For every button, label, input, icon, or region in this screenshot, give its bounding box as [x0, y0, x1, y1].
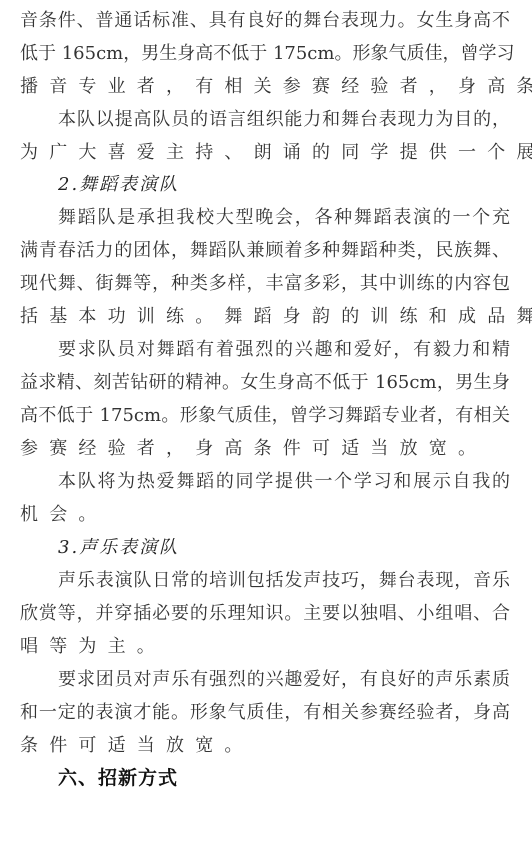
paragraph-line: 音条件、普通话标准、具有良好的舞台表现力。女生身高不 [20, 4, 510, 37]
paragraph-line: 本队以提高队员的语言组织能力和舞台表现力为目的， [58, 103, 510, 136]
paragraph-line: 括基本功训练。舞蹈身韵的训练和成品舞的学习等。 [20, 300, 510, 333]
section-heading-dance: 2.舞蹈表演队 [58, 168, 510, 201]
paragraph-line: 声乐表演队日常的培训包括发声技巧，舞台表现，音乐 [58, 564, 510, 597]
paragraph-line: 要求队员对舞蹈有着强烈的兴趣和爱好，有毅力和精 [58, 333, 510, 366]
paragraph-line: 机会。 [20, 498, 510, 531]
paragraph-line: 低于 165cm，男生身高不低于 175cm。形象气质佳，曾学习 [20, 37, 510, 70]
section-heading-recruitment: 六、招新方式 [58, 762, 510, 795]
paragraph-line: 要求团员对声乐有强烈的兴趣爱好，有良好的声乐素质 [58, 663, 510, 696]
paragraph-line: 高不低于 175cm。形象气质佳，曾学习舞蹈专业者，有相关 [20, 399, 510, 432]
paragraph-line: 满青春活力的团体，舞蹈队兼顾着多种舞蹈种类，民族舞、 [20, 234, 510, 267]
paragraph-line: 为广大喜爱主持、朗诵的同学提供一个展现自我的舞台。 [20, 136, 510, 169]
paragraph-line: 欣赏等，并穿插必要的乐理知识。主要以独唱、小组唱、合 [20, 597, 510, 630]
paragraph-line: 条件可适当放宽。 [20, 729, 510, 762]
paragraph-line: 和一定的表演才能。形象气质佳，有相关参赛经验者，身高 [20, 696, 510, 729]
paragraph-line: 播音专业者，有相关参赛经验者，身高条件可适当放宽。 [20, 70, 510, 103]
paragraph-line: 本队将为热爱舞蹈的同学提供一个学习和展示自我的 [58, 465, 510, 498]
section-heading-vocal: 3.声乐表演队 [58, 531, 510, 564]
paragraph-line: 益求精、刻苦钻研的精神。女生身高不低于 165cm，男生身 [20, 366, 510, 399]
paragraph-line: 现代舞、街舞等，种类多样，丰富多彩，其中训练的内容包 [20, 267, 510, 300]
paragraph-line: 参赛经验者，身高条件可适当放宽。 [20, 432, 510, 465]
document-page: 音条件、普通话标准、具有良好的舞台表现力。女生身高不 低于 165cm，男生身高… [0, 0, 532, 841]
paragraph-line: 唱等为主。 [20, 630, 510, 663]
paragraph-line: 舞蹈队是承担我校大型晚会，各种舞蹈表演的一个充 [58, 201, 510, 234]
